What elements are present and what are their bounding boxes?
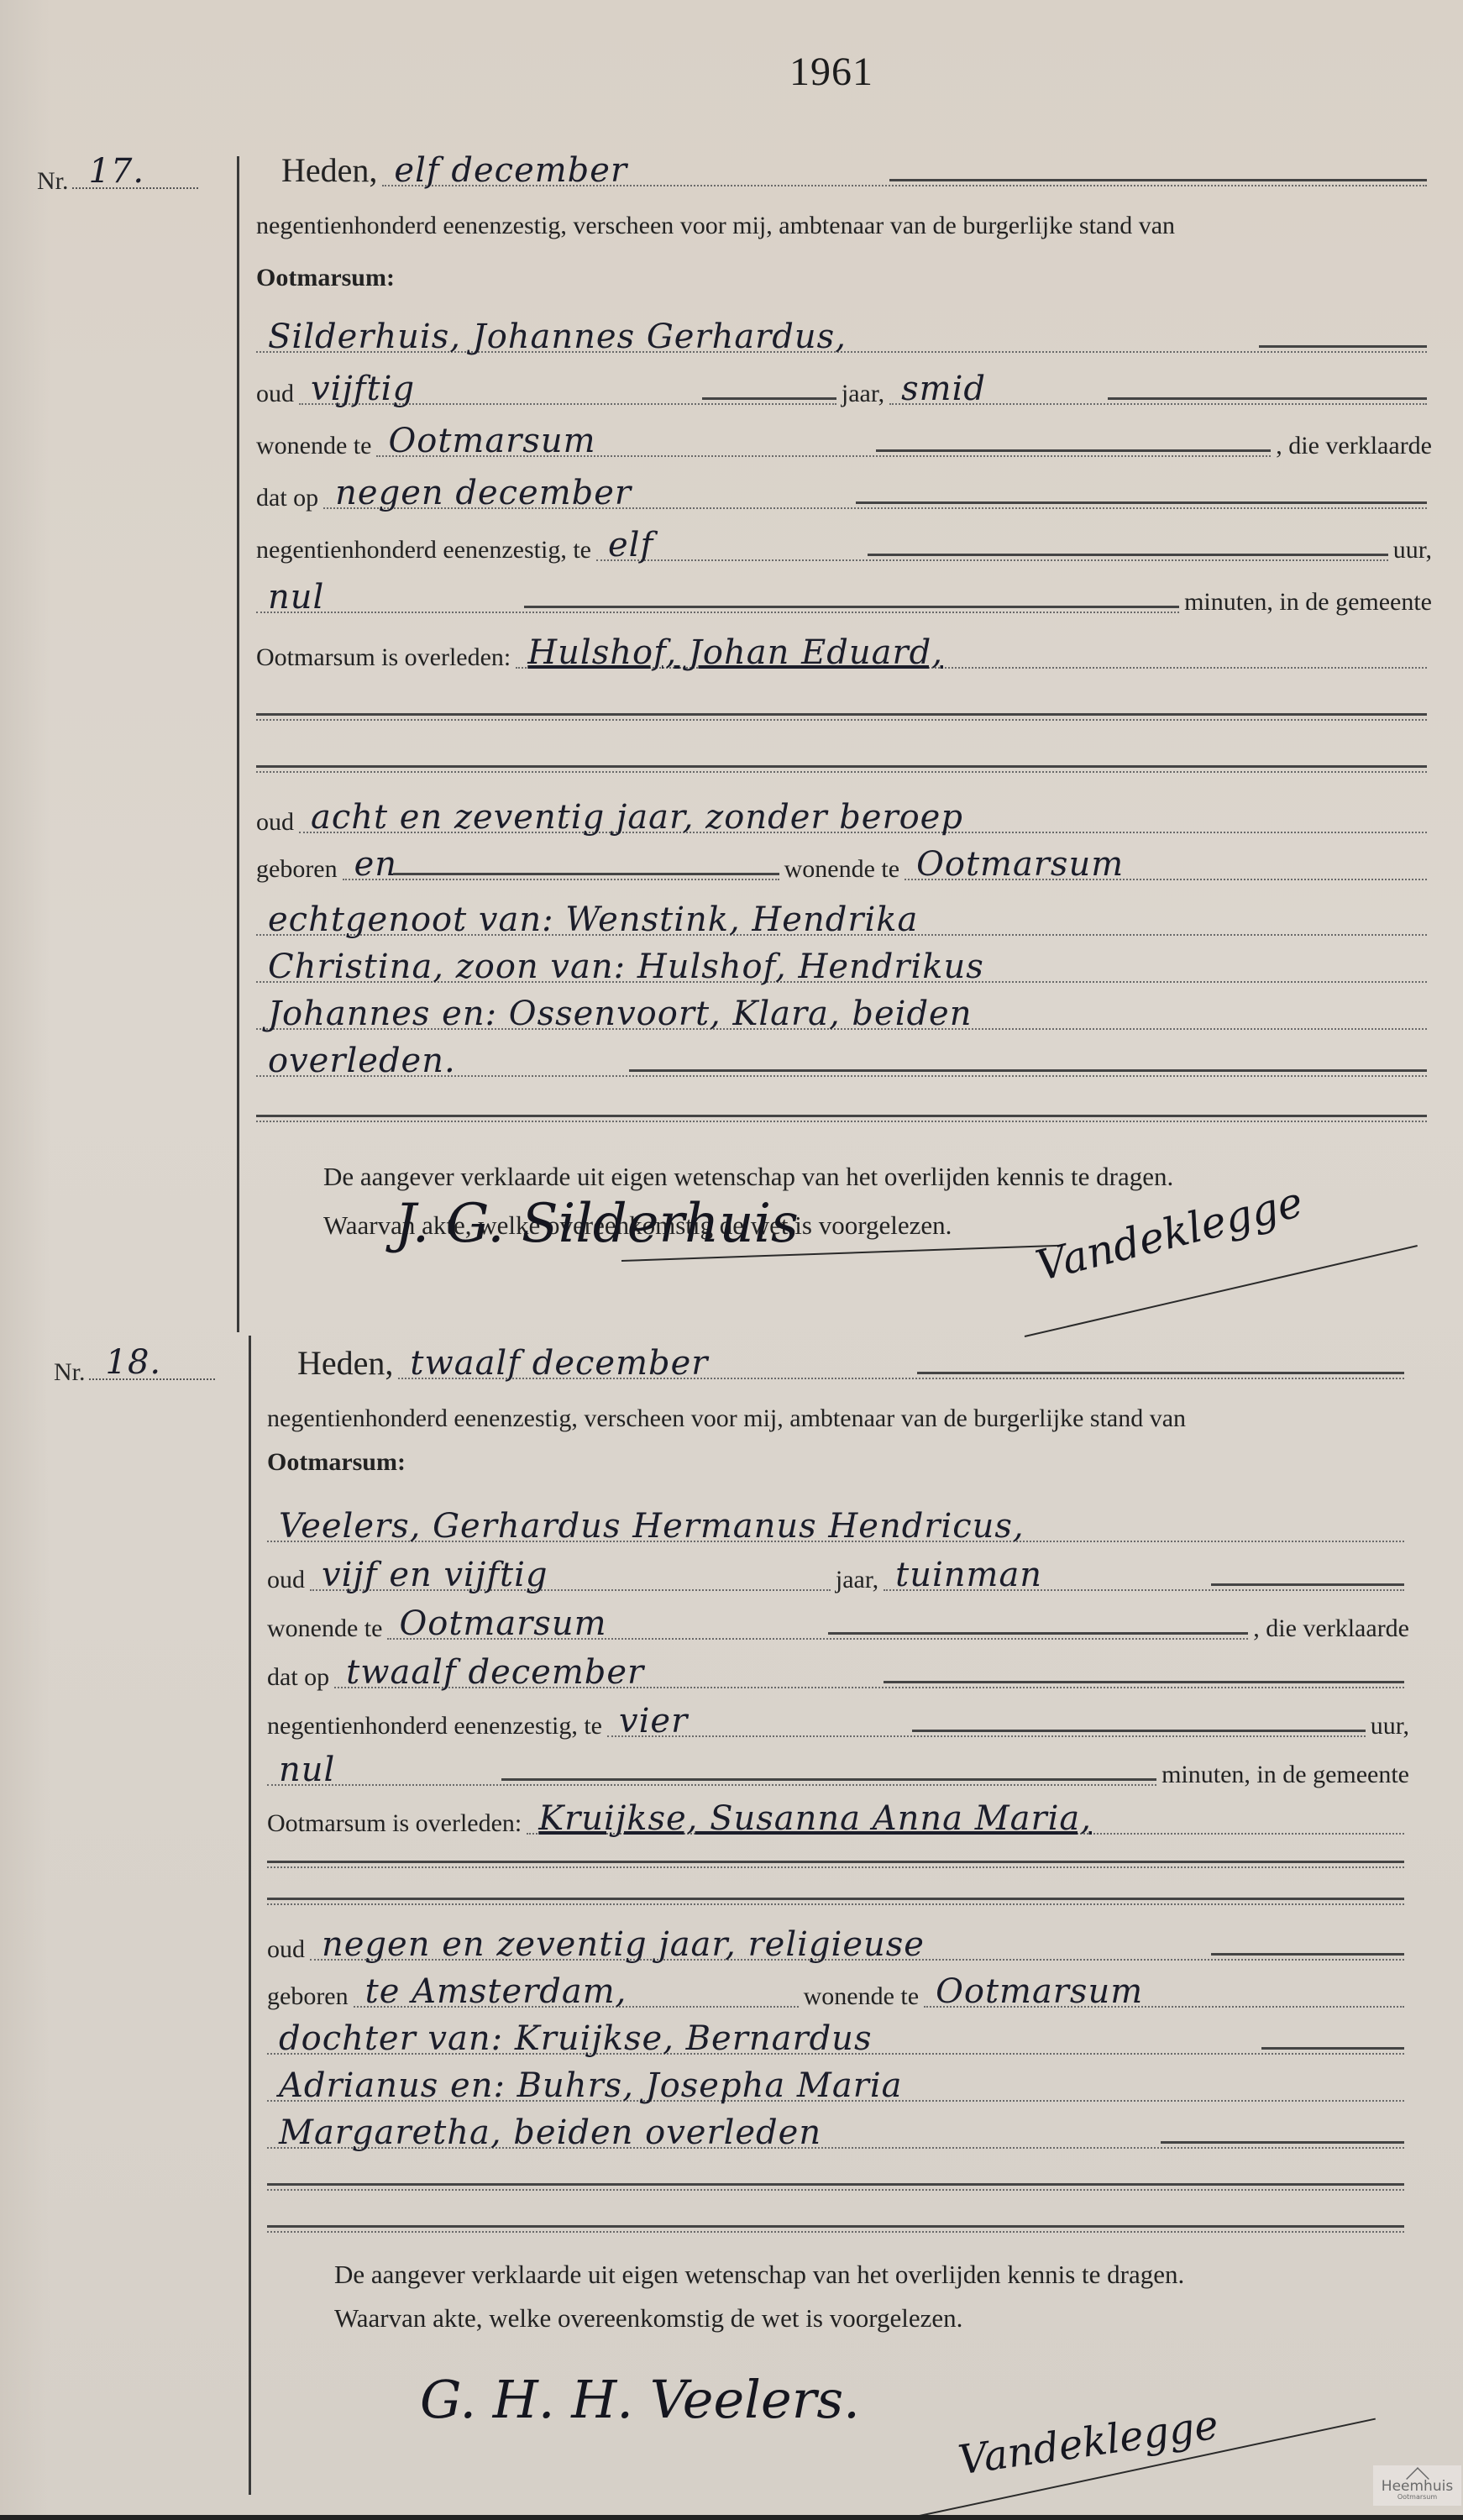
value-date: twaalf december xyxy=(410,1344,708,1383)
heemhuis-watermark: Heemhuis Ootmarsum xyxy=(1373,2465,1461,2506)
field-age: vijftig xyxy=(299,351,836,405)
margin-rule-bottom xyxy=(249,1336,251,2495)
value-death-date: twaalf december xyxy=(346,1653,644,1692)
label-uur: uur, xyxy=(1371,1712,1409,1746)
fill-dash xyxy=(828,1632,1248,1635)
field-occupation: smid xyxy=(889,351,1427,405)
bottom-edge xyxy=(0,2515,1463,2520)
fill-dash xyxy=(856,501,1427,504)
fill-dash xyxy=(876,449,1271,452)
fill-dash xyxy=(256,1115,1427,1117)
watermark-subtitle: Ootmarsum xyxy=(1373,2494,1461,2501)
fill-dash xyxy=(889,179,1427,181)
field-blank xyxy=(267,2189,1404,2233)
fill-dash xyxy=(702,397,836,400)
page-year: 1961 xyxy=(789,49,873,95)
field-deceased: Kruijkse, Susanna Anna Maria, xyxy=(527,1784,1404,1835)
field-occupation: tuinman xyxy=(884,1541,1404,1591)
field-deceased-residence: Ootmarsum xyxy=(905,832,1427,880)
nr-field: 17. xyxy=(72,164,198,189)
field-relations: overleden. xyxy=(256,1028,1427,1077)
fill-dash xyxy=(1161,2141,1404,2144)
label-oud: oud xyxy=(267,1935,305,1969)
label-intro: negentienhonderd eenenzestig, verscheen … xyxy=(267,1404,1186,1438)
fill-dash xyxy=(884,1681,1404,1683)
label-dat-op: dat op xyxy=(256,484,318,517)
field-birthplace: te Amsterdam, xyxy=(354,1959,799,2008)
fill-dash xyxy=(256,765,1427,768)
nr-label: Nr. xyxy=(54,1358,86,1387)
fill-dash xyxy=(1261,2047,1404,2050)
field-age: vijf en vijftig xyxy=(310,1541,831,1591)
page-edge-shadow xyxy=(0,0,50,2520)
signature-official-18: Vandeklegge xyxy=(956,2402,1221,2485)
field-hour: vier xyxy=(607,1687,1366,1737)
fill-dash xyxy=(629,1069,1427,1072)
field-date: twaalf december xyxy=(398,1319,1404,1379)
value-minutes: nul xyxy=(279,1751,335,1789)
entry-number-17: Nr. 17. xyxy=(37,164,198,196)
field-blank xyxy=(256,667,1427,721)
field-relations: Margaretha, beiden overleden xyxy=(267,2100,1404,2149)
fill-dash xyxy=(393,873,779,875)
value-date: elf december xyxy=(394,151,627,190)
signature-declarant-17: J. G. Silderhuis xyxy=(395,1193,799,1255)
field-deceased-residence: Ootmarsum xyxy=(924,1959,1404,2008)
fill-dash xyxy=(256,713,1427,716)
fill-dash xyxy=(267,2225,1404,2228)
field-declarant: Silderhuis, Johannes Gerhardus, xyxy=(256,287,1427,353)
closing-statement: De aangever verklaarde uit eigen wetensc… xyxy=(334,2253,1409,2340)
fill-dash xyxy=(267,1861,1404,1863)
field-minutes: nul xyxy=(256,559,1179,613)
label-oud: oud xyxy=(256,380,294,413)
signature-declarant-18: G. H. H. Veelers. xyxy=(420,2369,860,2430)
label-uur: uur, xyxy=(1393,536,1432,570)
fill-dash xyxy=(1211,1583,1404,1586)
field-death-date: negen december xyxy=(323,455,1427,509)
nr-value: 18. xyxy=(106,1343,162,1382)
line-blank-3 xyxy=(256,1085,1432,1131)
entry-number-18: Nr. 18. xyxy=(54,1355,215,1387)
death-record-17: Heden, elf december negentienhonderd een… xyxy=(256,136,1432,1250)
field-date: elf december xyxy=(382,126,1427,186)
field-residence: Ootmarsum xyxy=(387,1589,1248,1640)
field-residence: Ootmarsum xyxy=(376,403,1271,457)
line-blank-4 xyxy=(267,2199,1409,2241)
fill-dash xyxy=(912,1730,1366,1732)
field-deceased: Hulshof, Johan Eduard, xyxy=(516,612,1427,669)
field-relations: Adrianus en: Buhrs, Josepha Maria xyxy=(267,2053,1404,2102)
label-heden: Heden, xyxy=(297,1343,393,1388)
label-oud: oud xyxy=(267,1566,305,1599)
fill-dash xyxy=(501,1778,1156,1781)
death-record-18: Heden, twaalf december negentienhonderd … xyxy=(267,1329,1409,2340)
field-blank xyxy=(267,1866,1404,1905)
field-hour: elf xyxy=(596,507,1388,561)
label-oud: oud xyxy=(256,808,294,842)
field-birthplace: en xyxy=(343,832,779,880)
field-minutes: nul xyxy=(267,1735,1156,1786)
line-intro: negentienhonderd eenenzestig, verscheen … xyxy=(256,195,1432,245)
field-relations: Johannes en: Ossenvoort, Klara, beiden xyxy=(256,981,1427,1030)
closing-line-2: Waarvan akte, welke overeenkomstig de we… xyxy=(334,2297,1409,2340)
fill-dash xyxy=(1259,345,1427,348)
label-dat-op: dat op xyxy=(267,1663,329,1697)
label-heden: Heden, xyxy=(281,150,377,195)
field-declarant: Veelers, Gerhardus Hermanus Hendricus, xyxy=(267,1472,1404,1542)
line-date: Heden, elf december xyxy=(256,136,1432,195)
field-blank xyxy=(256,1075,1427,1122)
fill-dash xyxy=(868,554,1388,556)
field-deceased-age: negen en zeventig jaar, religieuse xyxy=(310,1903,1404,1961)
field-blank xyxy=(256,719,1427,773)
value-minutes: nul xyxy=(268,578,324,617)
field-relations: echtgenoot van: Wenstink, Hendrika xyxy=(256,879,1427,936)
value-death-date: negen december xyxy=(335,474,632,512)
field-deceased-age: acht en zeventig jaar, zonder beroep xyxy=(299,771,1427,833)
fill-dash xyxy=(267,2183,1404,2186)
line-intro: negentienhonderd eenenzestig, verscheen … xyxy=(267,1388,1409,1438)
field-blank xyxy=(267,2147,1404,2191)
closing-line-1: De aangever verklaarde uit eigen wetensc… xyxy=(334,2253,1409,2297)
nr-label: Nr. xyxy=(37,167,69,196)
field-blank xyxy=(267,1833,1404,1868)
fill-dash xyxy=(524,606,1179,608)
label-intro: negentienhonderd eenenzestig, verscheen … xyxy=(256,212,1175,245)
nr-field: 18. xyxy=(89,1355,215,1380)
fill-dash xyxy=(1108,397,1427,400)
line-date: Heden, twaalf december xyxy=(267,1329,1409,1388)
field-relations: dochter van: Kruijkse, Bernardus xyxy=(267,2006,1404,2055)
field-death-date: twaalf december xyxy=(334,1638,1404,1688)
fill-dash xyxy=(267,1898,1404,1900)
margin-rule-top xyxy=(237,156,239,1332)
nr-value: 17. xyxy=(89,152,145,191)
fill-dash xyxy=(1211,1953,1404,1956)
fill-dash xyxy=(917,1372,1404,1374)
field-relations: Christina, zoon van: Hulshof, Hendrikus xyxy=(256,934,1427,983)
